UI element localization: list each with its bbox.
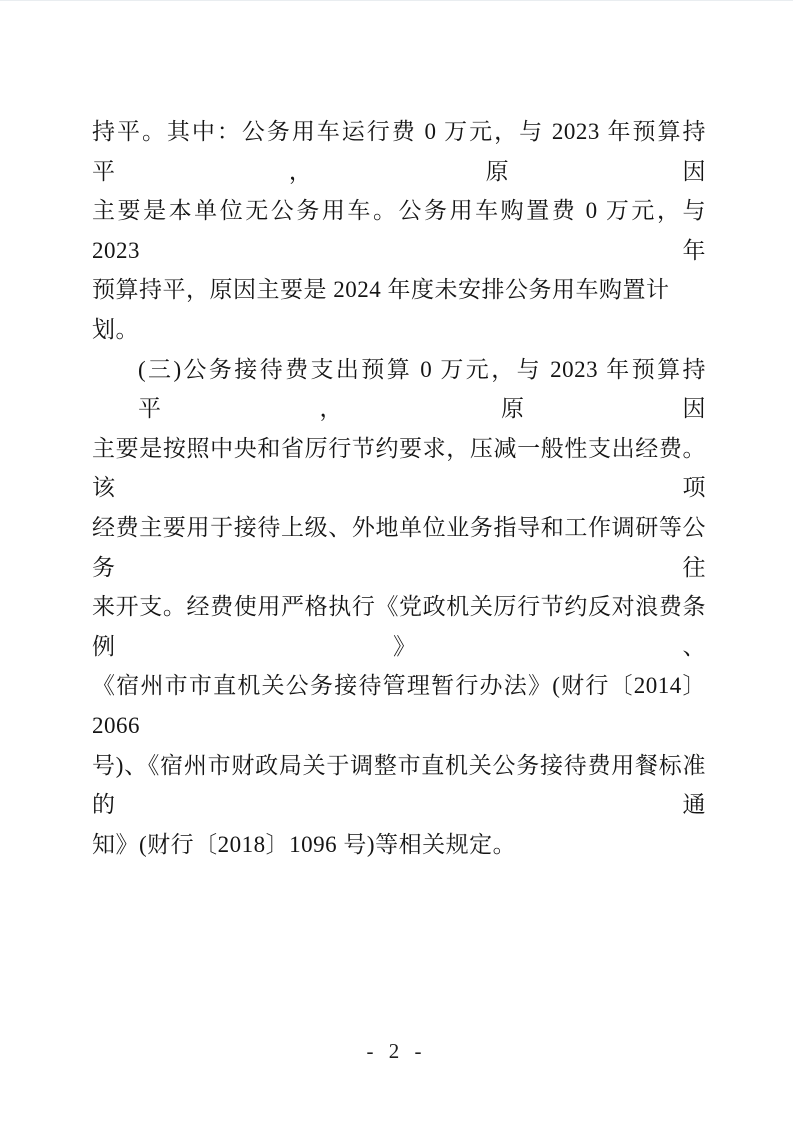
text-line: 持平。其中：公务用车运行费 0 万元，与 2023 年预算持平，原因 (92, 112, 706, 191)
paragraph-reception-expenses: (三)公务接待费支出预算 0 万元，与 2023 年预算持平，原因 主要是按照中… (92, 350, 706, 865)
text-line: 主要是本单位无公务用车。公务用车购置费 0 万元，与 2023 年 (92, 191, 706, 270)
text-line: 经费主要用于接待上级、外地单位业务指导和工作调研等公务往 (92, 508, 706, 587)
text-line: 预算持平，原因主要是 2024 年度未安排公务用车购置计划。 (92, 270, 706, 349)
page-number: - 2 - (0, 1039, 793, 1064)
text-line: 《宿州市市直机关公务接待管理暂行办法》(财行〔2014〕2066 (92, 666, 706, 745)
paragraph-vehicle-expenses: 持平。其中：公务用车运行费 0 万元，与 2023 年预算持平，原因 主要是本单… (92, 112, 706, 350)
text-line: 知》(财行〔2018〕1096 号)等相关规定。 (92, 825, 706, 865)
text-line: 主要是按照中央和省厉行节约要求，压减一般性支出经费。该项 (92, 429, 706, 508)
document-text-block: 持平。其中：公务用车运行费 0 万元，与 2023 年预算持平，原因 主要是本单… (92, 112, 706, 864)
text-line: 号)、《宿州市财政局关于调整市直机关公务接待费用餐标准的通 (92, 746, 706, 825)
text-line: (三)公务接待费支出预算 0 万元，与 2023 年预算持平，原因 (92, 350, 706, 429)
text-line: 来开支。经费使用严格执行《党政机关厉行节约反对浪费条例》、 (92, 587, 706, 666)
document-page: 持平。其中：公务用车运行费 0 万元，与 2023 年预算持平，原因 主要是本单… (0, 0, 793, 1122)
